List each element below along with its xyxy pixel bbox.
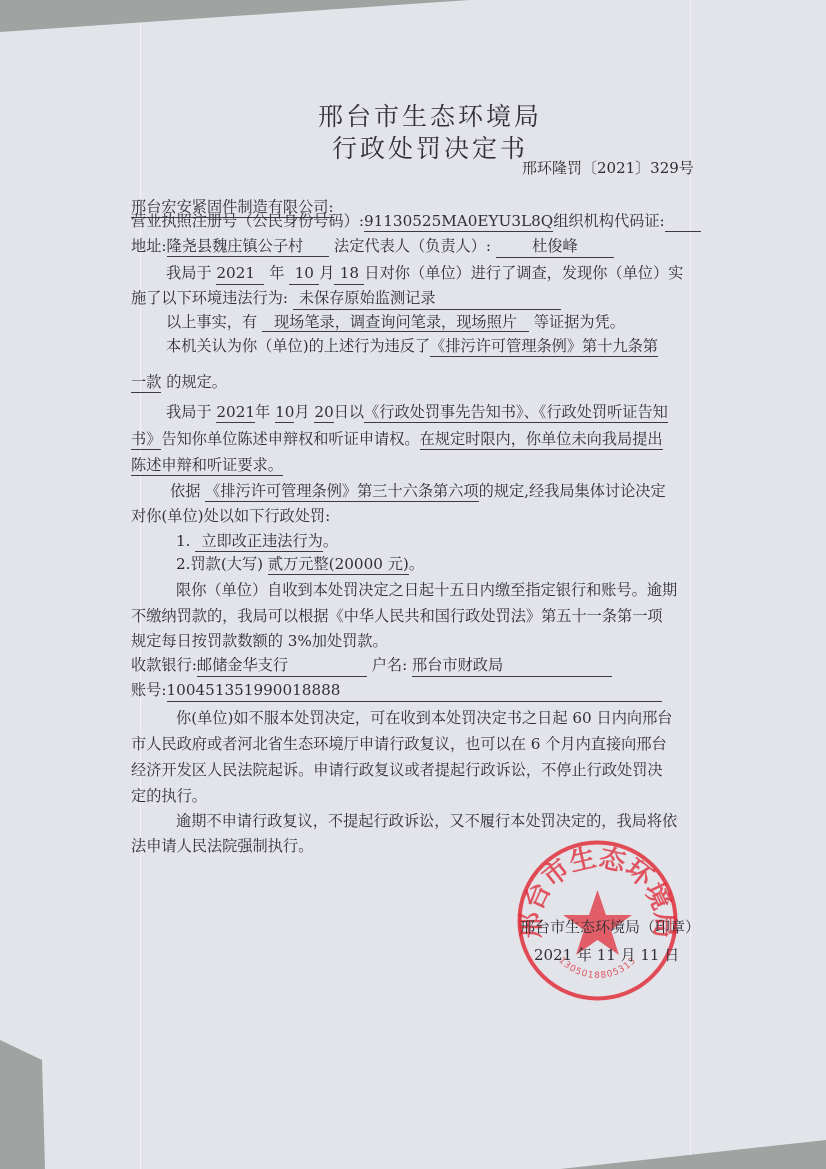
license-value: 91130525MA0EYU3L8Q (364, 212, 553, 232)
text: 月 (319, 264, 334, 282)
license-line: 营业执照注册号（公民身份号码）:91130525MA0EYU3L8Q组织机构代码… (131, 211, 701, 232)
violated-law: 《排污许可管理条例》第十九条第 (430, 337, 658, 357)
text: 依据 (170, 482, 200, 500)
appeal-line-2: 市人民政府或者河北省生态环境厅申请行政复议，也可以在 6 个月内直接向邢台 (131, 734, 667, 754)
bank-label: 收款银行: (131, 656, 197, 674)
notice-documents: 《行政处罚事先告知书》、《行政处罚听证告知 (364, 403, 668, 423)
penalty-item-1: 1. 立即改正违法行为。 (176, 531, 338, 551)
text: 本机关认为你（单位)的上述行为违反了 (166, 337, 430, 355)
evidence-line: 以上事实，有 现场笔录，调查询问笔录，现场照片 等证据为凭。 (166, 312, 625, 332)
account-name-value: 邢台市财政局 (412, 655, 612, 677)
decision-law: 《排污许可管理条例》第三十六条第六项 (205, 482, 478, 502)
text: 月 (294, 403, 309, 421)
account-name-label: 户名: (372, 656, 408, 674)
payment-line-1: 限你（单位）自收到本处罚决定之日起十五日内缴至指定银行和账号。逾期 (176, 580, 677, 600)
penalty-item-2: 2.罚款(大写) 贰万元整(20000 元)。 (176, 554, 424, 574)
fold-line (140, 0, 141, 1169)
license-label: 营业执照注册号（公民身份号码）: (131, 212, 364, 230)
address-label: 地址: (131, 237, 167, 255)
text: 年 (269, 264, 284, 282)
investigation-line: 我局于 2021 年 10月18日对你（单位）进行了调查，发现你（单位）实 (166, 263, 683, 285)
no-response-note-end: 陈述申辩和听证要求。 (131, 456, 283, 476)
bank-value: 邮储金华支行 (197, 655, 367, 677)
notice-year: 2021 (216, 403, 255, 423)
account-no-label: 账号: (131, 681, 167, 699)
violation-value: 未保存原始监测记录 (293, 288, 561, 310)
text: 的规定。 (166, 373, 227, 391)
investigation-day: 18 (334, 263, 364, 285)
payment-line-3: 规定每日按罚款数额的 3%加处罚款。 (131, 631, 388, 651)
issuer-title: 邢台市生态环境局 (300, 100, 560, 134)
issuer-signature: 邢台市生态环境局（印章） (520, 916, 700, 937)
text: 的规定,经我局集体讨论决定 (479, 482, 666, 500)
text: 。 (323, 532, 338, 550)
text: 我局于 (166, 264, 212, 282)
penalty-correction: 立即改正违法行为 (195, 532, 323, 552)
enforcement-line-2: 法申请人民法院强制执行。 (131, 836, 313, 856)
legal-rep-value: 杜俊峰 (496, 236, 614, 258)
address-value: 隆尧县魏庄镇公子村 (167, 237, 330, 257)
text: 告知你单位陈述申辩权和听证申请权。 (161, 430, 419, 448)
text: 。 (409, 555, 424, 573)
text: 我局于 (166, 403, 212, 421)
text: 书》 (131, 430, 161, 450)
text: 施了以下环境违法行为: (131, 289, 288, 307)
text: 以上事实，有 (166, 313, 257, 331)
text: 2.罚款(大写) (176, 555, 263, 573)
account-no-value: 100451351990018888 (167, 680, 662, 702)
appeal-line-1: 你(单位)如不服本处罚决定，可在收到本处罚决定书之日起 60 日内向邢台 (176, 708, 672, 728)
notice-day: 20 (314, 403, 333, 423)
no-response-note: 在规定时限内，你单位未向我局提出 (420, 430, 663, 450)
org-code-label: 组织机构代码证: (553, 212, 664, 230)
text: 日对你（单位）进行了调查，发现你（单位）实 (364, 264, 683, 282)
decision-basis-line-2: 对你(单位)处以如下行政处罚: (131, 506, 330, 526)
text: 年 (255, 403, 270, 421)
account-line: 账号:100451351990018888 (131, 680, 662, 702)
decision-basis-line: 依据 《排污许可管理条例》第三十六条第六项的规定,经我局集体讨论决定 (170, 481, 666, 501)
notice-line-3: 陈述申辩和听证要求。 (131, 455, 283, 475)
document-number: 邢环隆罚〔2021〕329号 (522, 157, 694, 178)
enforcement-line-1: 逾期不申请行政复议，不提起行政诉讼，又不履行本处罚决定的，我局将依 (176, 811, 677, 831)
address-line: 地址:隆尧县魏庄镇公子村 法定代表人（负责人）: 杜俊峰 (131, 236, 614, 258)
notice-line: 我局于 2021年 10月 20日以《行政处罚事先告知书》、《行政处罚听证告知 (166, 402, 668, 422)
legal-rep-label: 法定代表人（负责人）: (334, 237, 491, 255)
violation-basis-line-2: 一款 的规定。 (131, 372, 227, 392)
investigation-year: 2021 (216, 263, 264, 285)
penalty-fine-amount: 贰万元整(20000 元) (268, 555, 409, 575)
investigation-month: 10 (289, 263, 319, 285)
text: 日以 (334, 403, 364, 421)
text: 等证据为凭。 (534, 313, 625, 331)
evidence-value: 现场笔录，调查询问笔录，现场照片 (262, 313, 529, 332)
issue-date: 2021 年 11 月 11 日 (534, 944, 679, 965)
violation-line: 施了以下环境违法行为: 未保存原始监测记录 (131, 288, 561, 310)
document-page: 邢台市生态环境局 行政处罚决定书 邢环隆罚〔2021〕329号 邢台宏安紧固件制… (0, 0, 826, 1169)
violation-basis-line: 本机关认为你（单位)的上述行为违反了《排污许可管理条例》第十九条第 (166, 336, 658, 356)
bank-line: 收款银行:邮储金华支行 户名: 邢台市财政局 (131, 655, 612, 677)
text: 1. (176, 532, 191, 550)
document-title: 行政处罚决定书 (300, 132, 560, 166)
payment-line-2: 不缴纳罚款的，我局可以根据《中华人民共和国行政处罚法》第五十一条第一项 (131, 606, 663, 626)
violated-clause: 一款 (131, 373, 161, 393)
appeal-line-4: 定的执行。 (131, 786, 207, 806)
notice-line-2: 书》告知你单位陈述申辩权和听证申请权。在规定时限内，你单位未向我局提出 (131, 429, 663, 449)
notice-month: 10 (275, 403, 294, 423)
org-code-value (665, 216, 701, 232)
appeal-line-3: 经济开发区人民法院起诉。申请行政复议或者提起行政诉讼，不停止行政处罚决 (131, 760, 663, 780)
